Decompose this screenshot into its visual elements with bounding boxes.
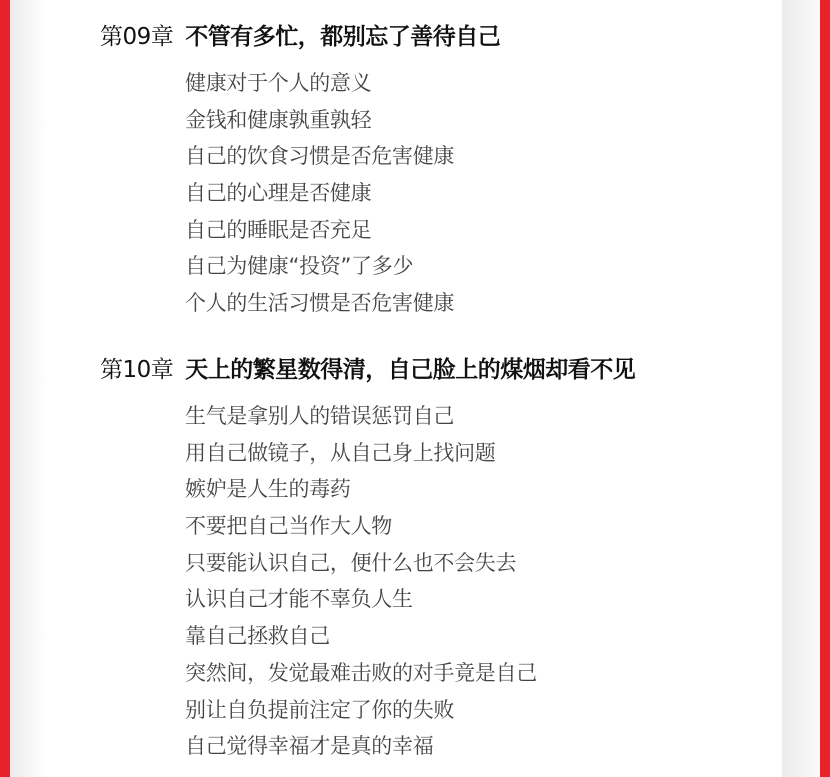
section-item[interactable]: 自己的睡眠是否充足 [185,212,500,249]
chapter-10: 第10章天上的繁星数得清，自己脸上的煤烟却看不见 生气是拿别人的错误惩罚自己 用… [100,352,635,765]
section-item[interactable]: 嫉妒是人生的毒药 [185,471,635,508]
section-item[interactable]: 健康对于个人的意义 [185,65,500,102]
chapter-title: 天上的繁星数得清，自己脸上的煤烟却看不见 [185,357,635,383]
section-item[interactable]: 自己的心理是否健康 [185,175,500,212]
chapter-heading[interactable]: 第09章不管有多忙，都别忘了善待自己 [100,19,500,55]
section-list: 生气是拿别人的错误惩罚自己 用自己做镜子，从自己身上找问题 嫉妒是人生的毒药 不… [100,398,635,765]
left-red-border [0,0,10,777]
section-item[interactable]: 只要能认识自己，便什么也不会失去 [185,545,635,582]
section-item[interactable]: 认识自己才能不辜负人生 [185,581,635,618]
section-item[interactable]: 突然间，发觉最难击败的对手竟是自己 [185,655,635,692]
section-item[interactable]: 用自己做镜子，从自己身上找问题 [185,435,635,472]
section-item[interactable]: 生气是拿别人的错误惩罚自己 [185,398,635,435]
section-item[interactable]: 自己的饮食习惯是否危害健康 [185,138,500,175]
section-item[interactable]: 金钱和健康孰重孰轻 [185,102,500,139]
section-item[interactable]: 自己觉得幸福才是真的幸福 [185,728,635,765]
chapter-number: 第09章 [100,24,173,50]
section-item[interactable]: 不要把自己当作大人物 [185,508,635,545]
chapter-heading[interactable]: 第10章天上的繁星数得清，自己脸上的煤烟却看不见 [100,352,635,388]
section-item[interactable]: 个人的生活习惯是否危害健康 [185,285,500,322]
chapter-09: 第09章不管有多忙，都别忘了善待自己 健康对于个人的意义 金钱和健康孰重孰轻 自… [100,19,500,322]
chapter-number: 第10章 [100,357,173,383]
left-page-shadow [10,0,47,777]
chapter-title: 不管有多忙，都别忘了善待自己 [185,24,500,50]
right-red-border [820,0,830,777]
section-item[interactable]: 别让自负提前注定了你的失败 [185,692,635,729]
section-list: 健康对于个人的意义 金钱和健康孰重孰轻 自己的饮食习惯是否危害健康 自己的心理是… [100,65,500,322]
section-item[interactable]: 自己为健康“投资”了多少 [185,248,500,285]
right-page-shadow [782,0,820,777]
section-item[interactable]: 靠自己拯救自己 [185,618,635,655]
